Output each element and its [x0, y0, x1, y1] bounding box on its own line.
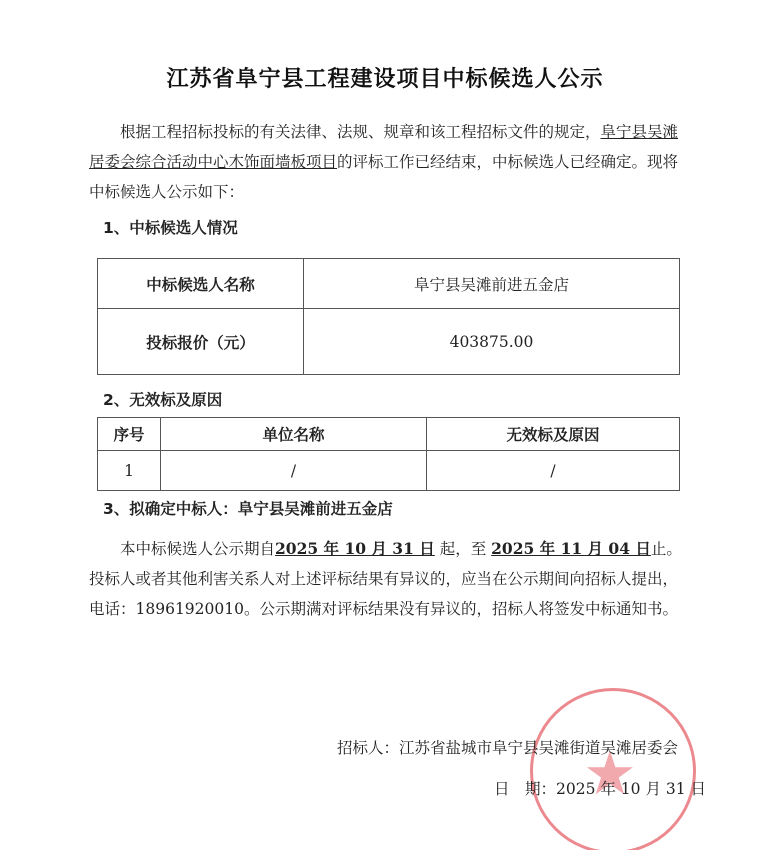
- header-unit: 单位名称: [161, 418, 427, 451]
- candidate-table: 中标候选人名称阜宁县吴滩前进五金店 投标报价（元）403875.00: [97, 258, 680, 375]
- candidate-name-label: 中标候选人名称: [98, 259, 304, 309]
- header-reason: 无效标及原因: [427, 418, 680, 451]
- invalid-bid-table: 序号 单位名称 无效标及原因 1 / /: [97, 417, 680, 491]
- header-index: 序号: [98, 418, 161, 451]
- cell-index: 1: [98, 451, 161, 491]
- signature-date: 日 期：2025 年 10 月 31 日: [494, 777, 706, 799]
- intro-text: 根据工程招标投标的有关法律、法规、规章和该工程招标文件的规定，: [120, 123, 601, 141]
- cell-unit: /: [161, 451, 427, 491]
- bid-price-value: 403875.00: [304, 309, 680, 375]
- tenderer-signature: 招标人：江苏省盐城市阜宁县吴滩街道吴滩居委会: [337, 736, 678, 758]
- intro-paragraph: 根据工程招标投标的有关法律、法规、规章和该工程招标文件的规定，阜宁县吴滩居委会综…: [89, 117, 689, 207]
- bid-price-label: 投标报价（元）: [98, 309, 304, 375]
- cell-reason: /: [427, 451, 680, 491]
- notice-text-2: 起，至: [435, 540, 491, 558]
- official-seal: ★: [530, 688, 696, 850]
- start-date: 2025 年 10 月 31 日: [275, 539, 435, 558]
- end-date: 2025 年 11 月 04 日: [491, 539, 651, 558]
- document-title: 江苏省阜宁县工程建设项目中标候选人公示: [0, 62, 770, 93]
- section1-heading: 1、中标候选人情况: [103, 216, 238, 238]
- notice-text: 本中标候选人公示期自: [120, 540, 275, 558]
- notice-paragraph: 本中标候选人公示期自2025 年 10 月 31 日 起，至 2025 年 11…: [89, 534, 689, 624]
- candidate-name-value: 阜宁县吴滩前进五金店: [304, 259, 680, 309]
- section3-heading: 3、拟确定中标人：阜宁县吴滩前进五金店: [103, 497, 393, 519]
- section2-heading: 2、无效标及原因: [103, 388, 222, 410]
